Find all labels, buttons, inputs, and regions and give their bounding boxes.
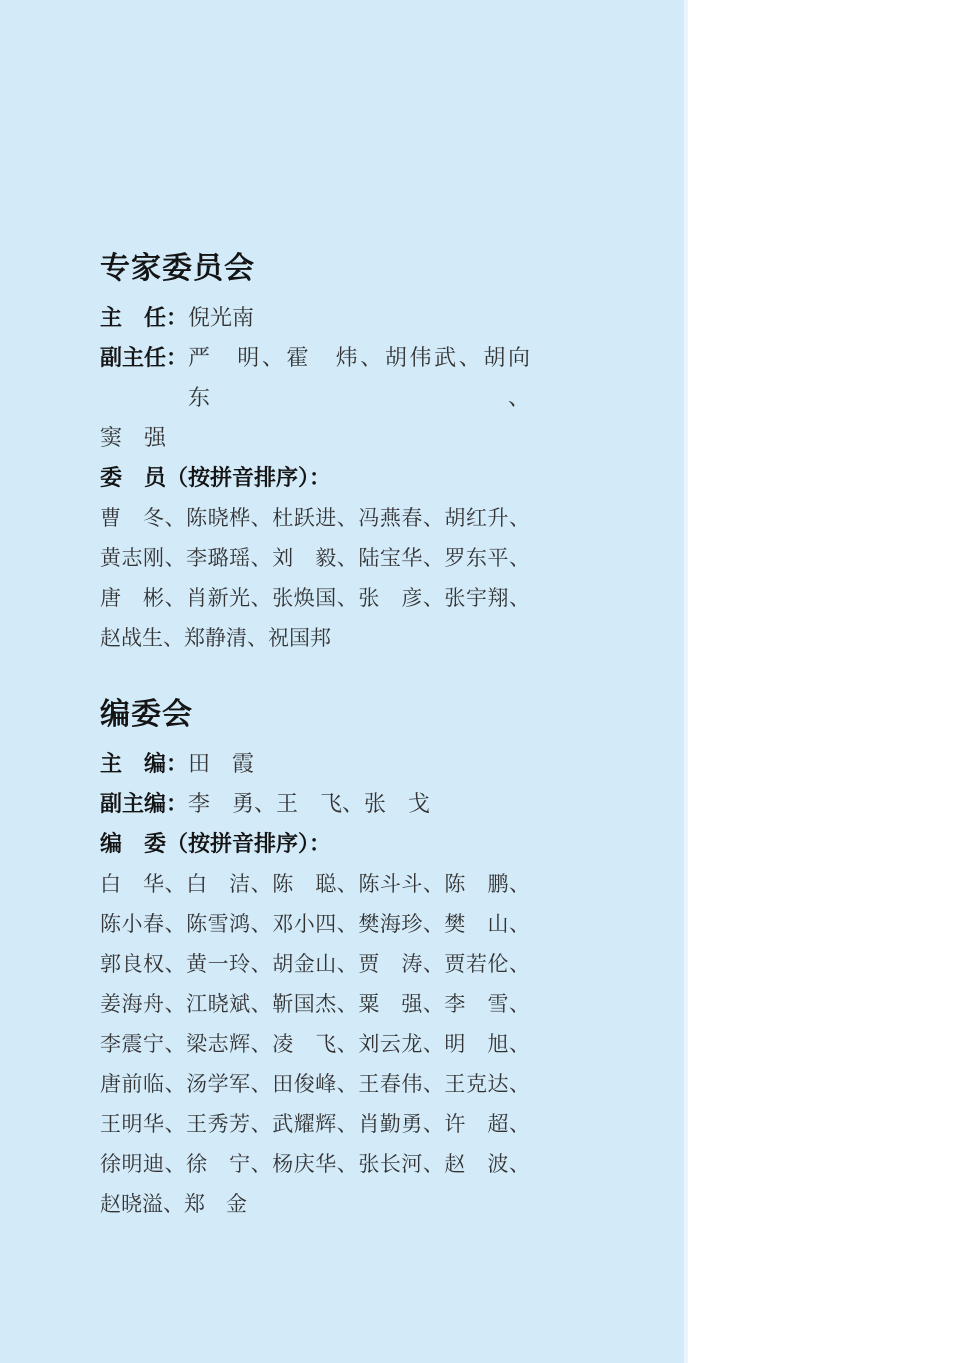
editor-member-lines: 白 华、白 洁、陈 聪、陈斗斗、陈 鹏、 陈小春、陈雪鸿、邓小四、樊海珍、樊 山…: [100, 864, 530, 1224]
editor-member-line: 李震宁、梁志辉、凌 飞、刘云龙、明 旭、: [100, 1024, 530, 1064]
expert-committee-section: 专家委员会 主 任： 倪光南 副主任： 严 明、霍 炜、胡伟武、胡向东、 窦 强…: [100, 248, 530, 658]
deputy-editors-names: 李 勇、王 飞、张 戈: [188, 784, 430, 824]
chief-editor-row: 主 编： 田 霞: [100, 744, 530, 784]
editors-label-row: 编 委（按拼音排序）：: [100, 824, 530, 864]
expert-member-lines: 曹 冬、陈晓桦、杜跃进、冯燕春、胡红升、 黄志刚、李璐瑶、刘 毅、陆宝华、罗东平…: [100, 498, 530, 658]
deputy-directors-names: 严 明、霍 炜、胡伟武、胡向东、: [188, 338, 530, 418]
scan-background: [688, 0, 965, 1363]
director-name: 倪光南: [188, 298, 254, 338]
editor-member-line: 郭良权、黄一玲、胡金山、贾 涛、贾若伦、: [100, 944, 530, 984]
director-row: 主 任： 倪光南: [100, 298, 530, 338]
expert-member-line: 赵战生、郑静清、祝国邦: [100, 618, 530, 658]
deputy-directors-continued-row: 窦 强: [100, 418, 530, 458]
deputy-directors-row: 副主任： 严 明、霍 炜、胡伟武、胡向东、: [100, 338, 530, 418]
chief-editor-name: 田 霞: [188, 744, 254, 784]
editor-member-line: 赵晓溢、郑 金: [100, 1184, 530, 1224]
expert-member-line: 黄志刚、李璐瑶、刘 毅、陆宝华、罗东平、: [100, 538, 530, 578]
editor-member-line: 白 华、白 洁、陈 聪、陈斗斗、陈 鹏、: [100, 864, 530, 904]
expert-member-line: 曹 冬、陈晓桦、杜跃进、冯燕春、胡红升、: [100, 498, 530, 538]
deputy-editors-row: 副主编： 李 勇、王 飞、张 戈: [100, 784, 530, 824]
editor-member-line: 王明华、王秀芳、武耀辉、肖勤勇、许 超、: [100, 1104, 530, 1144]
chief-editor-label: 主 编：: [100, 744, 188, 784]
editors-label: 编 委（按拼音排序）：: [100, 824, 331, 864]
expert-members-label: 委 员（按拼音排序）：: [100, 458, 331, 498]
editorial-board-section: 编委会 主 编： 田 霞 副主编： 李 勇、王 飞、张 戈 编 委（按拼音排序）…: [100, 694, 530, 1224]
editor-member-line: 姜海舟、江晓斌、靳国杰、粟 强、李 雪、: [100, 984, 530, 1024]
page-content: 专家委员会 主 任： 倪光南 副主任： 严 明、霍 炜、胡伟武、胡向东、 窦 强…: [100, 248, 530, 1224]
deputy-editors-label: 副主编：: [100, 784, 188, 824]
document-page: 专家委员会 主 任： 倪光南 副主任： 严 明、霍 炜、胡伟武、胡向东、 窦 强…: [0, 0, 965, 1363]
deputy-directors-label: 副主任：: [100, 338, 188, 418]
editor-member-line: 陈小春、陈雪鸿、邓小四、樊海珍、樊 山、: [100, 904, 530, 944]
editorial-board-title: 编委会: [100, 694, 530, 736]
page-paper: 专家委员会 主 任： 倪光南 副主任： 严 明、霍 炜、胡伟武、胡向东、 窦 强…: [0, 0, 684, 1363]
editor-member-line: 唐前临、汤学军、田俊峰、王春伟、王克达、: [100, 1064, 530, 1104]
editor-member-line: 徐明迪、徐 宁、杨庆华、张长河、赵 波、: [100, 1144, 530, 1184]
expert-member-line: 唐 彬、肖新光、张焕国、张 彦、张宇翔、: [100, 578, 530, 618]
deputy-directors-names-continued: 窦 强: [100, 418, 166, 458]
director-label: 主 任：: [100, 298, 188, 338]
expert-committee-title: 专家委员会: [100, 248, 530, 290]
expert-members-label-row: 委 员（按拼音排序）：: [100, 458, 530, 498]
